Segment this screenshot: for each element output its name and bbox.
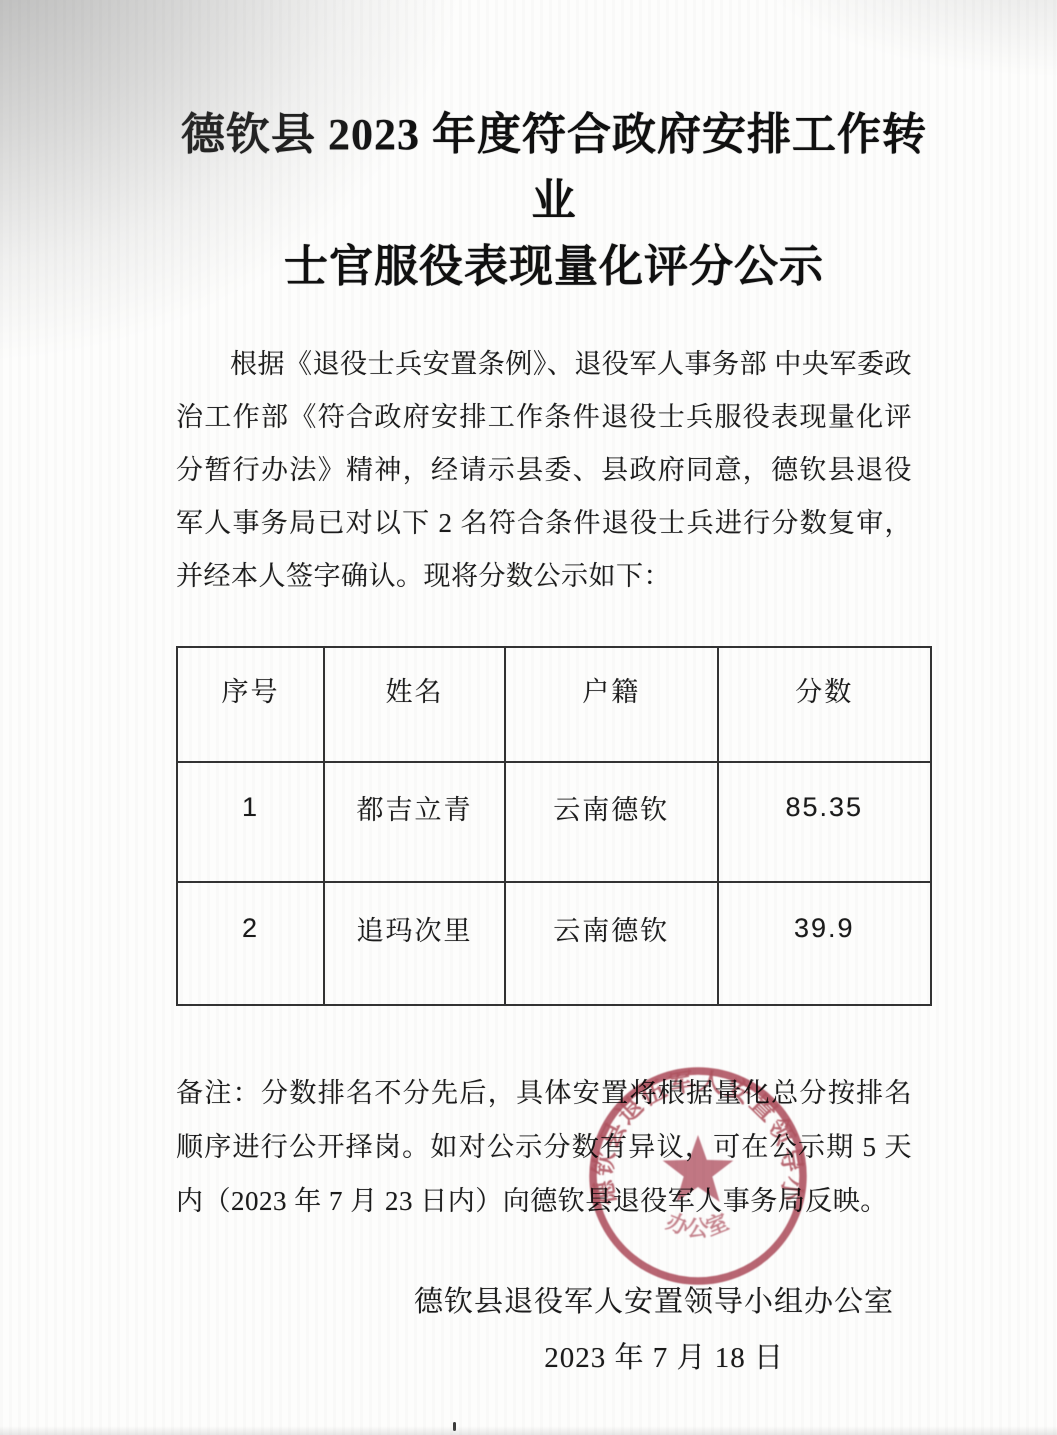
note-paragraph: 备注：分数排名不分先后，具体安置将根据量化总分按排名顺序进行公开择岗。如对公示分… — [176, 1066, 912, 1228]
body-paragraph: 根据《退役士兵安置条例》、退役军人事务部 中央军委政治工作部《符合政府安排工作条… — [176, 338, 912, 603]
document-content: 德钦县 2023 年度符合政府安排工作转业 士官服役表现量化评分公示 根据《退役… — [0, 0, 1057, 1435]
scan-artifact — [453, 1422, 456, 1431]
title-line-2: 士官服役表现量化评分公示 — [176, 234, 932, 300]
header-cell-serial: 序号 — [177, 647, 324, 762]
table-row: 1 都吉立青 云南德钦 85.35 — [177, 762, 931, 882]
cell-name: 都吉立青 — [324, 762, 505, 882]
table-header-row: 序号 姓名 户籍 分数 — [177, 647, 931, 762]
document-title: 德钦县 2023 年度符合政府安排工作转业 士官服役表现量化评分公示 — [176, 102, 932, 300]
header-cell-name: 姓名 — [324, 647, 505, 762]
cell-score: 85.35 — [718, 762, 931, 882]
cell-serial: 2 — [177, 882, 324, 1005]
title-line-1: 德钦县 2023 年度符合政府安排工作转业 — [176, 102, 932, 234]
cell-serial: 1 — [177, 762, 324, 882]
cell-registry: 云南德钦 — [505, 882, 718, 1005]
header-cell-score: 分数 — [718, 647, 931, 762]
cell-score: 39.9 — [718, 882, 931, 1005]
score-table: 序号 姓名 户籍 分数 1 都吉立青 云南德钦 85.35 2 追玛次里 云南德… — [176, 646, 932, 1006]
table-row: 2 追玛次里 云南德钦 39.9 — [177, 882, 931, 1005]
header-cell-registry: 户籍 — [505, 647, 718, 762]
signature-org: 德钦县退役军人安置领导小组办公室 — [176, 1280, 932, 1324]
document-photo: 德钦县 2023 年度符合政府安排工作转业 士官服役表现量化评分公示 根据《退役… — [0, 0, 1057, 1435]
cell-name: 追玛次里 — [324, 882, 505, 1005]
cell-registry: 云南德钦 — [505, 762, 718, 882]
signature-date: 2023 年 7 月 18 日 — [176, 1336, 932, 1380]
